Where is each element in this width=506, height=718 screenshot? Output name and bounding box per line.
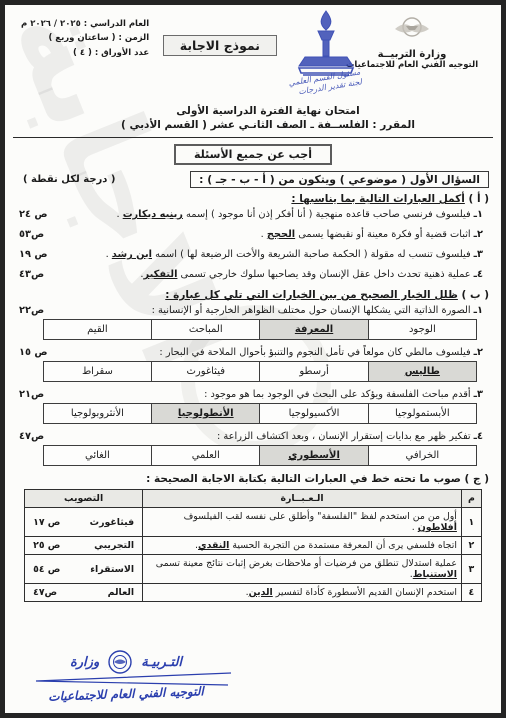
kuwait-emblem-icon xyxy=(392,13,432,43)
correction-page: ص ٥٤ xyxy=(33,564,60,575)
pages-count: عدد الأوراق : ( ٤ ) xyxy=(21,46,149,60)
choice-cell: الأكسيولوجيا xyxy=(260,404,368,424)
item-text: الصورة الذاتية التي يشكلها الإنسان حول م… xyxy=(69,305,471,316)
page-ref: ص ٢٤ xyxy=(19,209,59,220)
item-answer: ابن رشد xyxy=(112,249,152,260)
course-line: المقرر : الفلســفة ـ الصف الثانـي عشر ( … xyxy=(107,119,429,131)
correction-table: م الـعـبــارة التصويب ١ أول من من استخدم… xyxy=(24,489,482,602)
table-row: ٢ اتجاه فلسفي يرى أن المعرفة مستمدة من ا… xyxy=(25,537,482,555)
page-ref: ص ١٩ xyxy=(19,249,59,260)
row-correction: التجريبيص ٢٥ xyxy=(25,537,143,555)
section-c-text: صوب ما تحته خط في العبارات التالية بكتاب… xyxy=(146,473,461,485)
item-number: ٤ـ xyxy=(474,431,483,442)
item-number: ٤ـ xyxy=(474,269,483,280)
mcq-statement: ١ـ الصورة الذاتية التي يشكلها الإنسان حو… xyxy=(19,305,483,316)
section-c-label: ( ج ) xyxy=(465,473,489,485)
phrase-pre: استخدم الإنسان القديم الأسطورة كأداة لتف… xyxy=(273,587,457,598)
section-b-item-1: ١ـ الصورة الذاتية التي يشكلها الإنسان حو… xyxy=(17,305,489,340)
page-header: وزارة التربيــة التوجيه الفني العام للاج… xyxy=(17,9,489,105)
page-ref: ص ١٥ xyxy=(19,347,59,358)
phrase-underlined: النقدي xyxy=(198,540,229,551)
phrase-underlined: الاستنباط xyxy=(413,569,457,580)
item-pre: فيلسوف تنسب له مقولة ( الحكمة صاحبة الشر… xyxy=(152,249,471,260)
phrase-underlined: الدين xyxy=(249,587,273,598)
exam-title: امتحان نهاية الفترة الدراسية الأولى xyxy=(107,105,429,117)
answer-model-title: نموذج الاجابة xyxy=(163,35,277,56)
choice-cell: الخرافي xyxy=(368,446,476,466)
question1-header: السؤال الأول ( موضوعي ) ويتكون من ( أ - … xyxy=(17,171,489,188)
item-pre: عملية ذهنية تحدث داخل عقل الإنسان وقد يص… xyxy=(177,269,470,280)
item-text: عملية ذهنية تحدث داخل عقل الإنسان وقد يص… xyxy=(69,269,471,280)
correction-page: ص٤٧ xyxy=(33,587,57,598)
item-text: فيلسوف فرنسي صاحب قاعده منهجية ( أنا أفك… xyxy=(69,209,471,220)
section-b-item-2: ٢ـ فيلسوف مالطي كان مولعاً في تأمل النجو… xyxy=(17,347,489,382)
choice-cell-correct: الأنطولوجيا xyxy=(152,404,260,424)
row-number: ٣ xyxy=(461,555,481,584)
instruction-wrap: أجب عن جميع الأسئلة xyxy=(17,143,489,165)
stamp-word-wizara: وزارة xyxy=(70,655,99,670)
row-phrase: عملية استدلال تنطلق من فرضيات أو ملاحظات… xyxy=(143,555,462,584)
row-number: ٢ xyxy=(461,537,481,555)
item-text: أقدم مباحث الفلسفة ويؤكد على البحث في ال… xyxy=(69,389,471,400)
section-b-title: ( ب ) ظلل الخيار الصحيح من بين الخيارات … xyxy=(17,289,489,301)
mcq-choices-table: طاليس أرسطو فيثاغورث سقراط xyxy=(43,361,477,382)
row-correction: العالمص٤٧ xyxy=(25,584,143,602)
mcq-statement: ٢ـ فيلسوف مالطي كان مولعاً في تأمل النجو… xyxy=(19,347,483,358)
header-correction: التصويب xyxy=(25,490,143,508)
choice-cell: فيثاغورث xyxy=(152,362,260,382)
item-number: ١ـ xyxy=(474,305,483,316)
item-answer: الحجج xyxy=(267,229,295,240)
question1-mark-note: ( درجة لكل نقطة ) xyxy=(23,174,115,185)
section-a-label: ( أ ) xyxy=(468,193,489,205)
footer-stamp: التـربيـة وزارة التوجيه الفني العام للاج… xyxy=(11,649,241,701)
choice-cell: القيم xyxy=(43,320,151,340)
header-num: م xyxy=(461,490,481,508)
exam-info-block: العام الدراسي : ٢٠٢٥ / ٢٠٢٦ م الزمن : ( … xyxy=(21,17,149,60)
row-phrase: أول من من استخدم لفظ "الفلسفة" وأطلق على… xyxy=(143,508,462,537)
section-c-title: ( ج ) صوب ما تحته خط في العبارات التالية… xyxy=(17,473,489,485)
row-correction: الاستقراءص ٥٤ xyxy=(25,555,143,584)
choice-cell: الوجود xyxy=(368,320,476,340)
header-phrase: الـعـبــارة xyxy=(143,490,462,508)
stamp-word-tarbiya: التـربيـة xyxy=(141,655,182,670)
section-a-item-2: ٢ـ اثبات قضية أو فكرة معينة أو نقيضها يس… xyxy=(19,229,483,240)
table-row: ٤ استخدم الإنسان القديم الأسطورة كأداة ل… xyxy=(25,584,482,602)
exam-time: الزمن : ( ساعتان وربع ) xyxy=(21,31,149,45)
table-row: ٣ عملية استدلال تنطلق من فرضيات أو ملاحظ… xyxy=(25,555,482,584)
row-phrase: اتجاه فلسفي يرى أن المعرفة مستمدة من الت… xyxy=(143,537,462,555)
item-text: اثبات قضية أو فكرة معينة أو نقيضها يسمى … xyxy=(69,229,471,240)
choice-cell-correct: المعرفة xyxy=(260,320,368,340)
instruction-box: أجب عن جميع الأسئلة xyxy=(174,144,332,165)
correction-word: التجريبي xyxy=(94,540,134,551)
school-year: العام الدراسي : ٢٠٢٥ / ٢٠٢٦ م xyxy=(21,17,149,31)
page-ref: ص٤٧ xyxy=(19,431,59,442)
page-ref: ص٢١ xyxy=(19,389,59,400)
item-answer: رينيه ديكارت xyxy=(123,209,183,220)
item-answer: التفكير xyxy=(144,269,178,280)
page-ref: ص٢٢ xyxy=(19,305,59,316)
choice-cell-correct: الأسطوري xyxy=(260,446,368,466)
section-b-item-3: ٣ـ أقدم مباحث الفلسفة ويؤكد على البحث في… xyxy=(17,389,489,424)
correction-table-header: م الـعـبــارة التصويب xyxy=(25,490,482,508)
correction-page: ص ٢٥ xyxy=(33,540,60,551)
item-pre: فيلسوف فرنسي صاحب قاعده منهجية ( أنا أفك… xyxy=(183,209,471,220)
table-row: ١ أول من من استخدم لفظ "الفلسفة" وأطلق ع… xyxy=(25,508,482,537)
section-a-item-1: ١ـ فيلسوف فرنسي صاحب قاعده منهجية ( أنا … xyxy=(19,209,483,220)
question1-title: السؤال الأول ( موضوعي ) ويتكون من ( أ - … xyxy=(190,171,489,188)
section-a-title: ( أ ) أكمل العبارات التالية بما يناسبها … xyxy=(17,193,489,205)
correction-word: الاستقراء xyxy=(90,564,134,575)
correction-word: العالم xyxy=(108,587,134,598)
choice-cell: الأبستمولوجيا xyxy=(368,404,476,424)
exam-answer-sheet: الاجابة وزارة التربيــة التوجيه الفني ال… xyxy=(0,0,506,718)
phrase-pre: أول من من استخدم لفظ "الفلسفة" وأطلق على… xyxy=(184,511,457,522)
mcq-statement: ٤ـ تفكير ظهر مع بدايات إستقرار الإنسان ،… xyxy=(19,431,483,442)
row-phrase: استخدم الإنسان القديم الأسطورة كأداة لتف… xyxy=(143,584,462,602)
mcq-statement: ٣ـ أقدم مباحث الفلسفة ويؤكد على البحث في… xyxy=(19,389,483,400)
mcq-choices-table: الخرافي الأسطوري العلمي الغائي xyxy=(43,445,477,466)
page-ref: ص٤٣ xyxy=(19,269,59,280)
item-number: ٣ـ xyxy=(474,389,483,400)
item-number: ٣ـ xyxy=(474,249,483,260)
section-b-item-4: ٤ـ تفكير ظهر مع بدايات إستقرار الإنسان ،… xyxy=(17,431,489,466)
row-number: ١ xyxy=(461,508,481,537)
section-a-item-4: ٤ـ عملية ذهنية تحدث داخل عقل الإنسان وقد… xyxy=(19,269,483,280)
phrase-pre: اتجاه فلسفي يرى أن المعرفة مستمدة من الت… xyxy=(229,540,457,551)
mcq-choices-table: الوجود المعرفة المباحث القيم xyxy=(43,319,477,340)
mcq-choices-table: الأبستمولوجيا الأكسيولوجيا الأنطولوجيا ا… xyxy=(43,403,477,424)
correction-word: فيثاغورث xyxy=(90,517,134,528)
ministry-block: وزارة التربيــة التوجيه الفني العام للاج… xyxy=(337,13,487,70)
page-content: وزارة التربيــة التوجيه الفني العام للاج… xyxy=(5,5,501,713)
choice-cell-correct: طاليس xyxy=(368,362,476,382)
phrase-pre: عملية استدلال تنطلق من فرضيات أو ملاحظات… xyxy=(156,558,457,569)
ministry-title: وزارة التربيــة xyxy=(337,49,487,60)
section-a-item-3: ٣ـ فيلسوف تنسب له مقولة ( الحكمة صاحبة ا… xyxy=(19,249,483,260)
header-separator xyxy=(13,137,493,138)
row-number: ٤ xyxy=(461,584,481,602)
choice-cell: سقراط xyxy=(43,362,151,382)
choice-cell: الأنثروبولوجيا xyxy=(43,404,151,424)
item-text: تفكير ظهر مع بدايات إستقرار الإنسان ، وب… xyxy=(69,431,471,442)
phrase-underlined: أفلاطون xyxy=(418,522,457,533)
item-number: ١ـ xyxy=(474,209,483,220)
section-a-text: أكمل العبارات التالية بما يناسبها : xyxy=(291,193,464,205)
section-b-text: ظلل الخيار الصحيح من بين الخيارات التي ت… xyxy=(165,289,458,301)
item-pre: اثبات قضية أو فكرة معينة أو نقيضها يسمى xyxy=(295,229,471,240)
item-number: ٢ـ xyxy=(474,229,483,240)
exam-title-block: امتحان نهاية الفترة الدراسية الأولى المق… xyxy=(107,105,429,131)
choice-cell: الغائي xyxy=(43,446,151,466)
item-number: ٢ـ xyxy=(474,347,483,358)
correction-page: ص ١٧ xyxy=(33,517,60,528)
choice-cell: المباحث xyxy=(152,320,260,340)
stamp-emblem-icon xyxy=(107,649,133,675)
choice-cell: العلمي xyxy=(152,446,260,466)
choice-cell: أرسطو xyxy=(260,362,368,382)
item-text: فيلسوف مالطي كان مولعاً في تأمل النجوم و… xyxy=(69,347,471,358)
page-ref: ص٥٣ xyxy=(19,229,59,240)
item-text: فيلسوف تنسب له مقولة ( الحكمة صاحبة الشر… xyxy=(69,249,471,260)
section-b-label: ( ب ) xyxy=(462,289,489,301)
row-correction: فيثاغورثص ١٧ xyxy=(25,508,143,537)
